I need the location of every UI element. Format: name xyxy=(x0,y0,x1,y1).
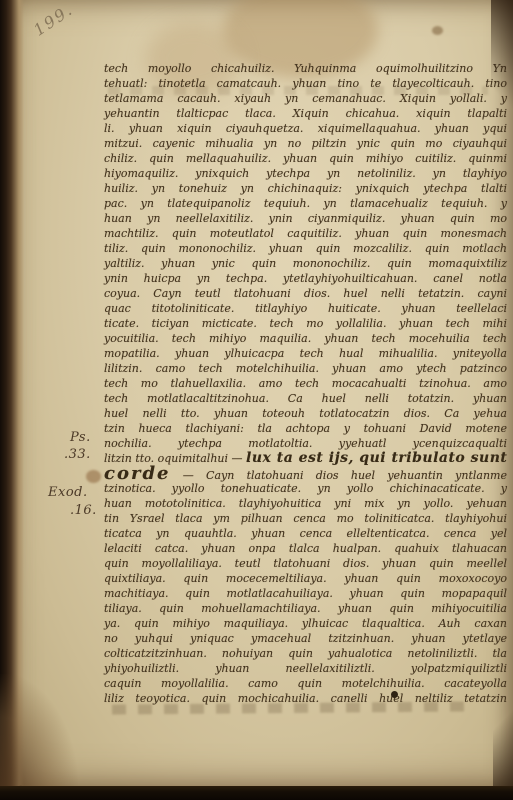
manuscript-line: colticatzitzinhuan. nohuiyan quin yahual… xyxy=(104,646,507,661)
manuscript-line: li. yhuan xiquin ciyauhquetza. xiquimell… xyxy=(104,121,507,136)
manuscript-text-segment: huan yn neellelaxitiliz. ynin ciyanmiqui… xyxy=(104,212,507,225)
manuscript-text-segment: chiliz. quin mellaquahuiliz. yhuan quin … xyxy=(104,152,507,165)
manuscript-text-segment: caquin moyollalilia. camo quin motelchih… xyxy=(104,677,507,690)
manuscript-line: ticate. ticiyan micticate. tech mo yolla… xyxy=(104,316,507,331)
manuscript-text-segment: li. yhuan xiquin ciyauhquetza. xiquimell… xyxy=(104,122,507,135)
manuscript-line: quac titotoliniticate. titlayhiyo huitic… xyxy=(104,301,507,316)
table-surface xyxy=(0,786,513,800)
manuscript-text-segment: yaltiliz. yhuan ynic quin mononochiliz. … xyxy=(104,257,507,270)
manuscript-line: tech motlatlacaltitzinohua. Ca huel nell… xyxy=(104,391,507,406)
manuscript-text-segment: quin moyollaliliaya. teutl tlatohuani di… xyxy=(104,557,507,570)
manuscript-line: nochilia. ytechpa motlatoltia. yyehuatl … xyxy=(104,436,507,451)
margin-note-exodus-number: .16. xyxy=(70,503,97,518)
manuscript-line: tiliz. quin mononochiliz. yhuan quin moz… xyxy=(104,241,507,256)
manuscript-text-segment: machtiliz. quin moteutlatol caquitiliz. … xyxy=(104,227,507,240)
manuscript-line: tehuatl: tinotetla camatcauh. yhuan tino… xyxy=(104,76,507,91)
manuscript-line: huan mototolinitica. tlayhiyohuitica yni… xyxy=(104,496,507,511)
manuscript-text-segment: yocuitilia. tech mihiyo maquilia. yhuan … xyxy=(104,332,507,345)
manuscript-line: tiliaya. quin mohuellamachtiliaya. yhuan… xyxy=(104,601,507,616)
manuscript-line: tech mo tlahuellaxilia. amo tech mocacah… xyxy=(104,376,507,391)
manuscript-line: mopatilia. yhuan ylhuicacpa tech hual mi… xyxy=(104,346,507,361)
manuscript-line: caquin moyollalilia. camo quin motelchih… xyxy=(104,676,507,691)
manuscript-text-segment: tiliaya. quin mohuellamachtiliaya. yhuan… xyxy=(104,602,507,615)
manuscript-text-segment: tech mo tlahuellaxilia. amo tech mocacah… xyxy=(104,377,507,390)
manuscript-text-segment: no yuhqui yniquac ymacehual tzitzinhuan.… xyxy=(104,632,507,645)
manuscript-text-segment: mitzui. cayenic mihualia yn no piltzin y… xyxy=(104,137,507,150)
page-edge-shadow xyxy=(493,695,513,790)
manuscript-text-segment: lilitzin. camo tech motelchihuilia. yhua… xyxy=(104,362,507,375)
manuscript-line: ynin huicpa yn techpa. ytetlayhiyohuilti… xyxy=(104,271,507,286)
manuscript-line: coyua. Cayn teutl tlatohuani dios. huel … xyxy=(104,286,507,301)
manuscript-text-segment: ynin huicpa yn techpa. ytetlayhiyohuilti… xyxy=(104,272,507,285)
manuscript-line: machitiaya. quin motlatlacahuiliaya. yhu… xyxy=(104,586,507,601)
margin-note-psalm-number: .33. xyxy=(64,447,91,462)
manuscript-line: machtiliz. quin moteutlatol caquitiliz. … xyxy=(104,226,507,241)
manuscript-line: liliz teoyotica. quin mochicahuilia. can… xyxy=(104,691,507,706)
page-edge-shadow xyxy=(491,0,513,130)
manuscript-text-segment: huel nelli tto. yhuan toteouh totlatocat… xyxy=(104,407,507,420)
manuscript-line: quin moyollaliliaya. teutl tlatohuani di… xyxy=(104,556,507,571)
manuscript-text-segment: lelaciti catca. yhuan onpa tlalca hualpa… xyxy=(104,542,507,555)
manuscript-text-segment: tin Ysrael tlaca ym pilhuan cenca mo tol… xyxy=(104,512,507,525)
manuscript-text-segment: yhiyohuiliztli. yhuan neellelaxitiliztli… xyxy=(104,662,507,675)
manuscript-line: quixtiliaya. quin mocecemeltiliaya. yhua… xyxy=(104,571,507,586)
manuscript-text-block: tech moyollo chicahuiliz. Yuhquinma oqui… xyxy=(104,61,507,706)
manuscript-line: huiliz. yn tonehuiz yn chichinaquiz: yni… xyxy=(104,181,507,196)
manuscript-text-segment: tetlamama cacauh. xiyauh yn cemanahuac. … xyxy=(104,92,507,105)
manuscript-line: ticatca yn quauhtla. yhuan cenca ellelte… xyxy=(104,526,507,541)
manuscript-text-segment: ticate. ticiyan micticate. tech mo yolla… xyxy=(104,317,507,330)
manuscript-text-segment: tzin hueca tlachiyani: tla achtopa y toh… xyxy=(104,422,507,435)
manuscript-text-segment: yehuantin tlalticpac tlaca. Xiquin chica… xyxy=(104,107,507,120)
manuscript-text-segment: coyua. Cayn teutl tlatohuani dios. huel … xyxy=(104,287,507,300)
manuscript-line: yaltiliz. yhuan ynic quin mononochiliz. … xyxy=(104,256,507,271)
margin-note-psalm-book: Ps. xyxy=(70,430,91,445)
manuscript-text-segment: nochilia. ytechpa motlatoltia. yyehuatl … xyxy=(104,437,507,450)
manuscript-text-segment: tiliz. quin mononochiliz. yhuan quin moz… xyxy=(104,242,507,255)
margin-note-exodus-book: Exod. xyxy=(48,485,88,500)
manuscript-text-segment: quac titotoliniticate. titlayhiyo huitic… xyxy=(104,302,507,315)
manuscript-line: tzin hueca tlachiyani: tla achtopa y toh… xyxy=(104,421,507,436)
manuscript-line: hiyomaquiliz. ynixquich ytechpa yn netol… xyxy=(104,166,507,181)
manuscript-text-segment: pac. yn tlatequipanoliz tequiuh. yn tlam… xyxy=(104,197,507,210)
manuscript-line: corde — Cayn tlatohuani dios huel yehuan… xyxy=(104,466,507,481)
manuscript-text-segment: mopatilia. yhuan ylhuicacpa tech hual mi… xyxy=(104,347,507,360)
manuscript-line: yocuitilia. tech mihiyo maquilia. yhuan … xyxy=(104,331,507,346)
manuscript-line: huan yn neellelaxitiliz. ynin ciyanmiqui… xyxy=(104,211,507,226)
manuscript-line: tech moyollo chicahuiliz. Yuhquinma oqui… xyxy=(104,61,507,76)
manuscript-line: ya. quin mihiyo maquiliaya. ylhuicac tla… xyxy=(104,616,507,631)
manuscript-text-segment: huan mototolinitica. tlayhiyohuitica yni… xyxy=(104,497,507,510)
manuscript-line: yhiyohuiliztli. yhuan neellelaxitiliztli… xyxy=(104,661,507,676)
manuscript-line: pac. yn tlatequipanoliz tequiuh. yn tlam… xyxy=(104,196,507,211)
manuscript-line: mitzui. cayenic mihualia yn no piltzin y… xyxy=(104,136,507,151)
manuscript-text-segment: ticatca yn quauhtla. yhuan cenca ellelte… xyxy=(104,527,507,540)
manuscript-line: tzinotica. yyollo tonehuaticate. yn yoll… xyxy=(104,481,507,496)
latin-quote: lux ta est ijs, qui tribulato sunt xyxy=(246,450,507,466)
manuscript-text-segment: tzinotica. yyollo tonehuaticate. yn yoll… xyxy=(104,482,507,495)
manuscript-line: no yuhqui yniquac ymacehual tzitzinhuan.… xyxy=(104,631,507,646)
manuscript-line: tetlamama cacauh. xiyauh yn cemanahuac. … xyxy=(104,91,507,106)
manuscript-line: lilitzin. camo tech motelchihuilia. yhua… xyxy=(104,361,507,376)
manuscript-text-segment: machitiaya. quin motlatlacahuiliaya. yhu… xyxy=(104,587,507,600)
manuscript-line: huel nelli tto. yhuan toteouh totlatocat… xyxy=(104,406,507,421)
ink-blot xyxy=(391,691,398,698)
manuscript-text-segment: colticatzitzinhuan. nohuiyan quin yahual… xyxy=(104,647,507,660)
manuscript-text-segment: liliz teoyotica. quin mochicahuilia. can… xyxy=(104,692,507,705)
manuscript-text-segment: ya. quin mihiyo maquiliaya. ylhuicac tla… xyxy=(104,617,507,630)
ink-speck xyxy=(432,26,443,35)
manuscript-text-segment: tehuatl: tinotetla camatcauh. yhuan tino… xyxy=(104,77,507,90)
manuscript-text-segment: tech moyollo chicahuiliz. Yuhquinma oqui… xyxy=(104,62,507,75)
manuscript-line: lelaciti catca. yhuan onpa tlalca hualpa… xyxy=(104,541,507,556)
manuscript-text-segment: quixtiliaya. quin mocecemeltiliaya. yhua… xyxy=(104,572,507,585)
manuscript-text-segment: huiliz. yn tonehuiz yn chichinaquiz: yni… xyxy=(104,182,507,195)
manuscript-line: tin Ysrael tlaca ym pilhuan cenca mo tol… xyxy=(104,511,507,526)
manuscript-text-segment: hiyomaquiliz. ynixquich ytechpa yn netol… xyxy=(104,167,507,180)
manuscript-line: yehuantin tlalticpac tlaca. Xiquin chica… xyxy=(104,106,507,121)
manuscript-line: chiliz. quin mellaquahuiliz. yhuan quin … xyxy=(104,151,507,166)
parchment-stain xyxy=(86,470,101,483)
manuscript-photo: 199. Ps. .33. Exod. .16. tech moyollo ch… xyxy=(0,0,513,800)
page-corner-shadow xyxy=(0,674,78,792)
manuscript-text-segment: tech motlatlacaltitzinohua. Ca huel nell… xyxy=(104,392,507,405)
